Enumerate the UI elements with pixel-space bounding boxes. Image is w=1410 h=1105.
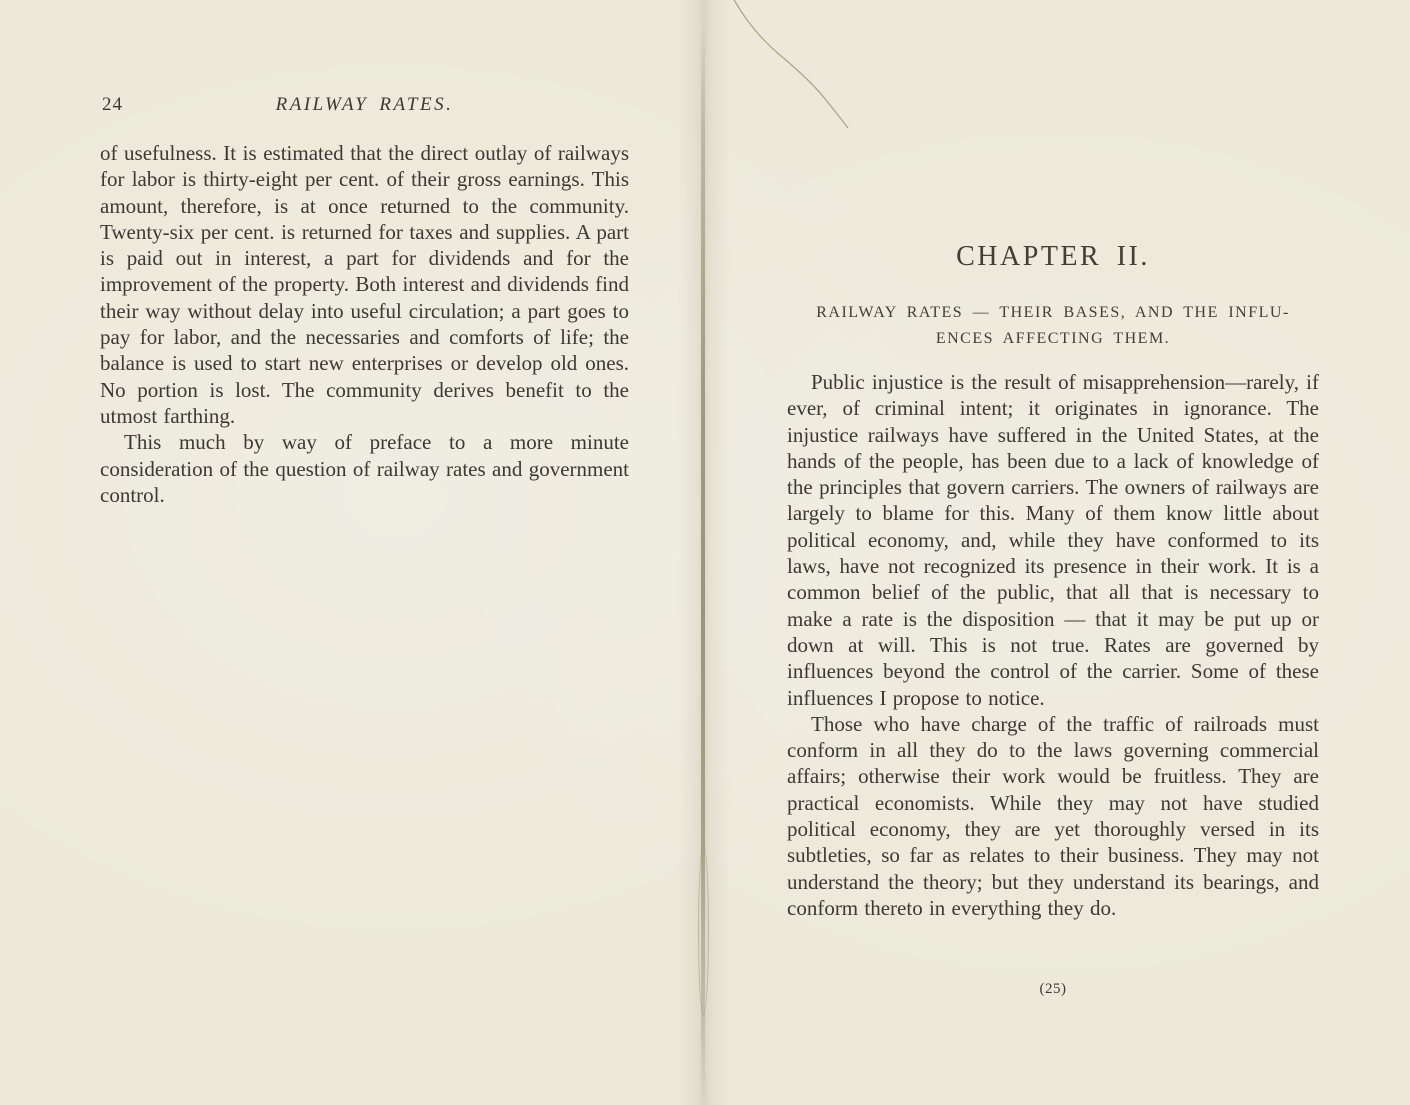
- chapter-subtitle-line-2: ENCES AFFECTING THEM.: [787, 326, 1319, 352]
- right-page-body: Public injustice is the result of misapp…: [787, 369, 1319, 921]
- chapter-subtitle: RAILWAY RATES — THEIR BASES, AND THE INF…: [787, 300, 1319, 352]
- left-paragraph-2: This much by way of preface to a more mi…: [100, 429, 629, 508]
- page-number-left: 24: [102, 93, 123, 117]
- right-page-content: CHAPTER II. RAILWAY RATES — THEIR BASES,…: [787, 241, 1319, 921]
- left-paragraph-1: of usefulness. It is estimated that the …: [100, 140, 629, 429]
- right-paragraph-1: Public injustice is the result of misapp…: [787, 369, 1319, 711]
- right-paragraph-2: Those who have charge of the traffic of …: [787, 711, 1319, 921]
- chapter-subtitle-line-1: RAILWAY RATES — THEIR BASES, AND THE INF…: [787, 300, 1319, 326]
- chapter-heading: CHAPTER II.: [787, 241, 1319, 273]
- left-page-header: 24 RAILWAY RATES.: [100, 93, 629, 117]
- page-number-footer: (25): [787, 981, 1319, 998]
- book-spread: 24 RAILWAY RATES. of usefulness. It is e…: [0, 0, 1410, 1105]
- left-page: 24 RAILWAY RATES. of usefulness. It is e…: [0, 0, 700, 1105]
- right-page: CHAPTER II. RAILWAY RATES — THEIR BASES,…: [710, 0, 1410, 1105]
- running-header: RAILWAY RATES.: [100, 93, 629, 117]
- left-page-body: of usefulness. It is estimated that the …: [100, 140, 629, 508]
